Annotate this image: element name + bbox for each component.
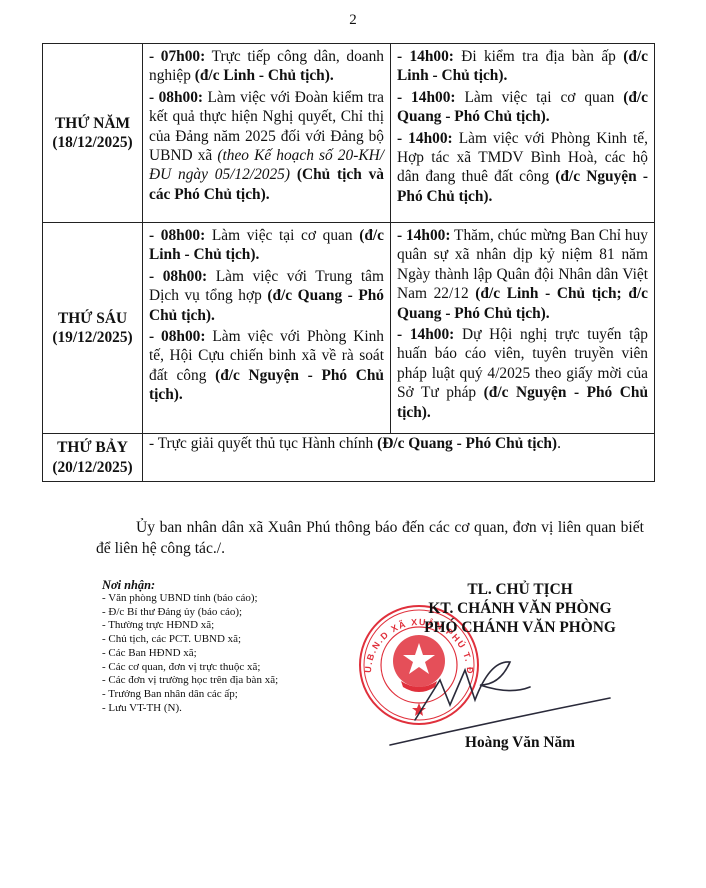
morning-cell: - 08h00: Làm việc tại cơ quan (đ/c Linh …: [143, 223, 391, 434]
activity-item: - 14h00: Dự Hội nghị trực tuyến tập huấn…: [397, 325, 648, 422]
signature-line-3: PHÓ CHÁNH VĂN PHÒNG: [400, 618, 640, 637]
recipient-item: - Chủ tịch, các PCT. UBND xã;: [102, 633, 362, 647]
recipient-item: - Các đơn vị trường học trên địa bàn xã;: [102, 674, 362, 688]
day-name: THỨ BẢY: [45, 438, 140, 457]
closing-paragraph: Ủy ban nhân dân xã Xuân Phú thông báo đế…: [96, 517, 644, 559]
day-date: (19/12/2025): [45, 328, 140, 347]
day-date: (20/12/2025): [45, 458, 140, 477]
signature-line-1: TL. CHỦ TỊCH: [400, 580, 640, 599]
recipient-item: - Văn phòng UBND tỉnh (báo cáo);: [102, 592, 362, 606]
signature-block: TL. CHỦ TỊCH KT. CHÁNH VĂN PHÒNG PHÓ CHÁ…: [400, 580, 640, 637]
activity-item: - 07h00: Trực tiếp công dân, doanh nghiệ…: [149, 47, 384, 86]
schedule-table: THỨ NĂM(18/12/2025)- 07h00: Trực tiếp cô…: [42, 43, 655, 482]
schedule-row: THỨ SÁU(19/12/2025)- 08h00: Làm việc tại…: [43, 223, 655, 434]
full-day-cell: - Trực giải quyết thủ tục Hành chính (Đ/…: [143, 434, 655, 482]
activity-item: - 08h00: Làm việc với Trung tâm Dịch vụ …: [149, 267, 384, 325]
recipient-item: - Các Ban HĐND xã;: [102, 647, 362, 661]
page-number: 2: [0, 12, 706, 29]
activity-item: - 14h00: Thăm, chúc mừng Ban Chỉ huy quâ…: [397, 226, 648, 323]
day-date: (18/12/2025): [45, 133, 140, 152]
activity-item: - 08h00: Làm việc tại cơ quan (đ/c Linh …: [149, 226, 384, 265]
schedule-row: THỨ NĂM(18/12/2025)- 07h00: Trực tiếp cô…: [43, 44, 655, 223]
recipients-block: Nơi nhận: - Văn phòng UBND tỉnh (báo cáo…: [102, 578, 362, 715]
afternoon-cell: - 14h00: Đi kiểm tra địa bàn ấp (đ/c Lin…: [391, 44, 655, 223]
afternoon-cell: - 14h00: Thăm, chúc mừng Ban Chỉ huy quâ…: [391, 223, 655, 434]
activity-item: - 14h00: Đi kiểm tra địa bàn ấp (đ/c Lin…: [397, 47, 648, 86]
recipient-item: - Thường trực HĐND xã;: [102, 619, 362, 633]
schedule-row: THỨ BẢY(20/12/2025)- Trực giải quyết thủ…: [43, 434, 655, 482]
signature-line-2: KT. CHÁNH VĂN PHÒNG: [400, 599, 640, 618]
activity-item: - 08h00: Làm việc với Phòng Kinh tế, Hội…: [149, 327, 384, 405]
signer-name: Hoàng Văn Năm: [400, 734, 640, 752]
day-cell: THỨ BẢY(20/12/2025): [43, 434, 143, 482]
activity-item: - 14h00: Làm việc tại cơ quan (đ/c Quang…: [397, 88, 648, 127]
day-name: THỨ SÁU: [45, 309, 140, 328]
recipients-list: - Văn phòng UBND tỉnh (báo cáo);- Đ/c Bí…: [102, 592, 362, 715]
recipient-item: - Đ/c Bí thư Đảng ủy (báo cáo);: [102, 606, 362, 620]
recipient-item: - Lưu VT-TH (N).: [102, 702, 362, 716]
day-name: THỨ NĂM: [45, 114, 140, 133]
day-cell: THỨ SÁU(19/12/2025): [43, 223, 143, 434]
recipient-item: - Trưởng Ban nhân dân các ấp;: [102, 688, 362, 702]
morning-cell: - 07h00: Trực tiếp công dân, doanh nghiệ…: [143, 44, 391, 223]
recipients-title: Nơi nhận:: [102, 578, 362, 592]
recipient-item: - Các cơ quan, đơn vị trực thuộc xã;: [102, 661, 362, 675]
day-cell: THỨ NĂM(18/12/2025): [43, 44, 143, 223]
activity-item: - 14h00: Làm việc với Phòng Kinh tế, Hợp…: [397, 129, 648, 207]
activity-item: - 08h00: Làm việc với Đoàn kiểm tra kết …: [149, 88, 384, 204]
